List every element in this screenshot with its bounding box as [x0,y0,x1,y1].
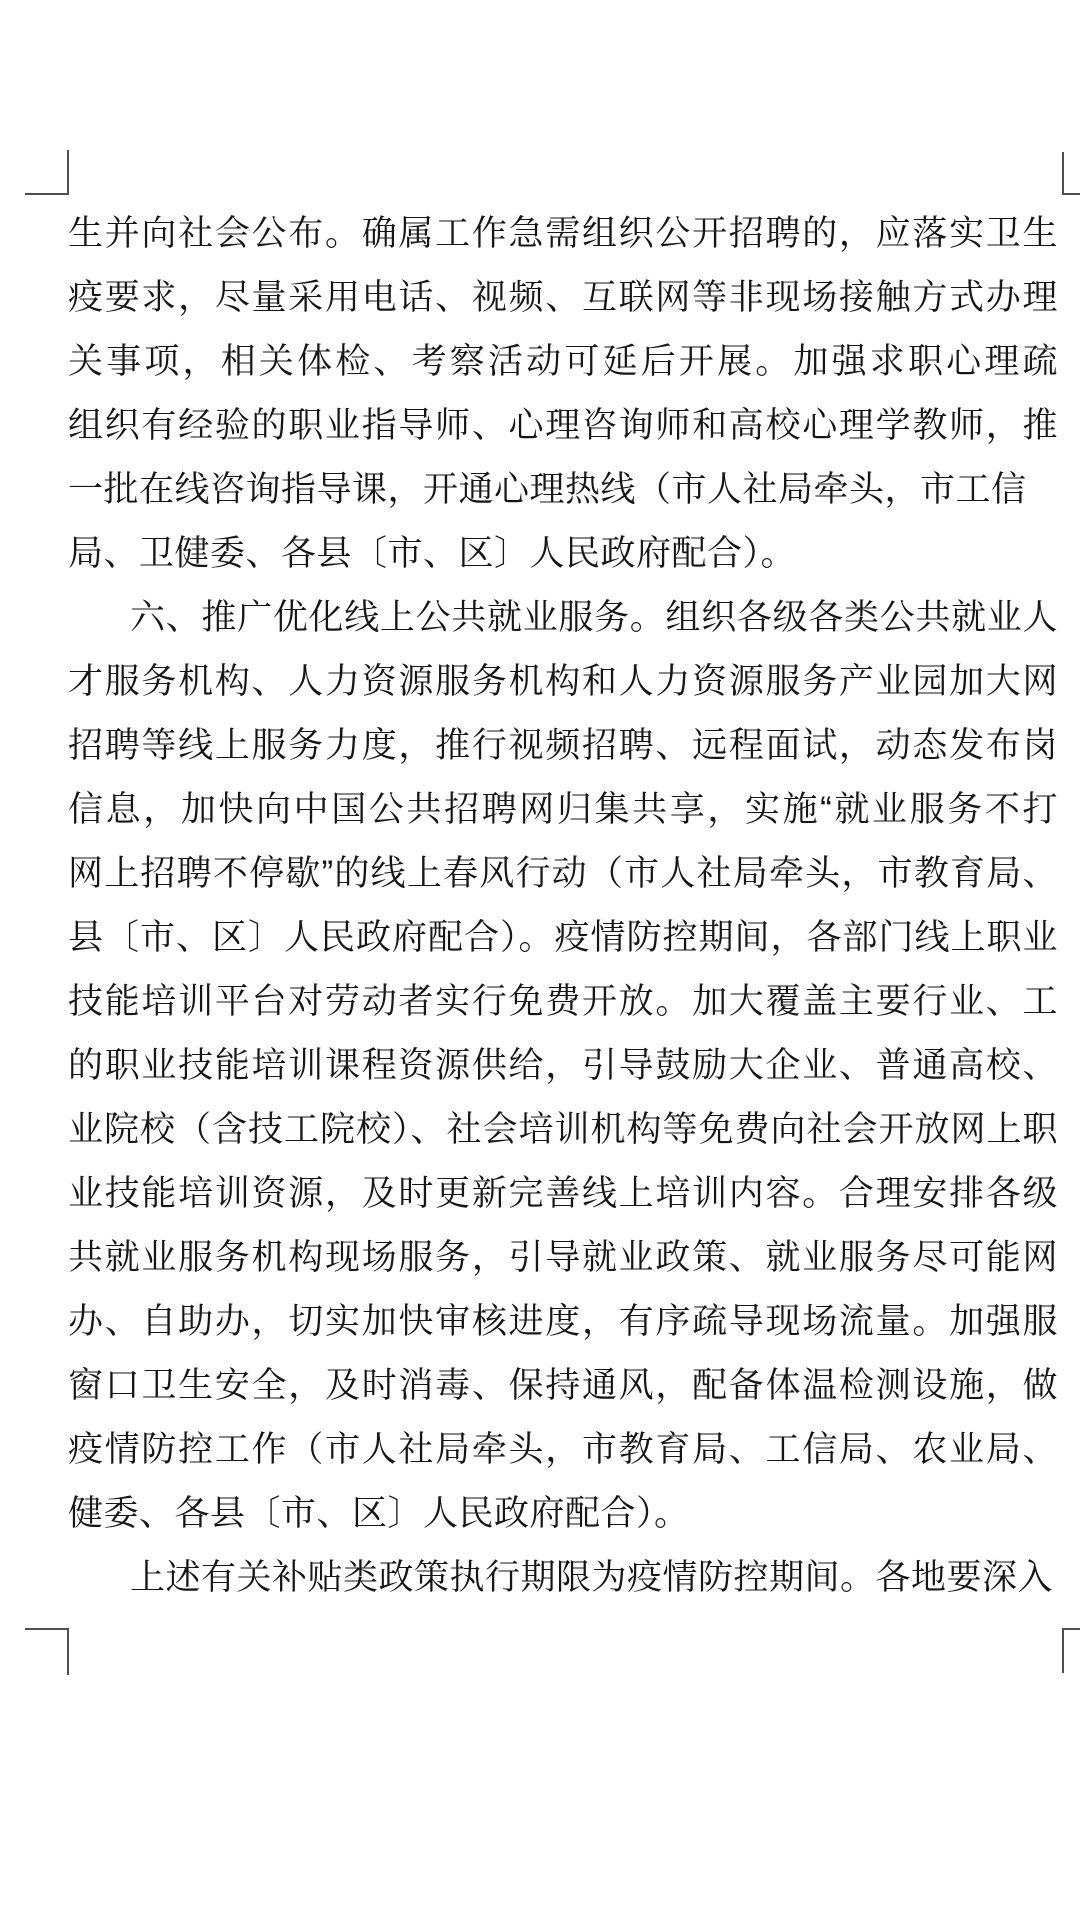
text-line: 关事项，相关体检、考察活动可延后开展。加强求职心理疏导， [68,330,1058,394]
document-page: { "page": { "background_color": "#ffffff… [0,0,1080,1920]
text-line-paragraph-start: 六、推广优化线上公共就业服务。组织各级各类公共就业人 [68,586,1058,650]
text-line: 招聘等线上服务力度，推行视频招聘、远程面试，动态发布岗位 [68,714,1058,778]
text-line: 窗口卫生安全，及时消毒、保持通风，配备体温检测设施，做好 [68,1354,1058,1418]
text-line: 技能培训平台对劳动者实行免费开放。加大覆盖主要行业、工种 [68,970,1058,1034]
text-line: 信息，加快向中国公共招聘网归集共享，实施“就业服务不打祥、 [68,778,1058,842]
crop-mark-bottom-right [1062,1628,1080,1673]
text-line: 才服务机构、人力资源服务机构和人力资源服务产业园加大网络 [68,650,1058,714]
text-line: 组织有经验的职业指导师、心理咨询师和高校心理学教师，推出 [68,394,1058,458]
text-line: 的职业技能培训课程资源供给，引导鼓励大企业、普通高校、职 [68,1034,1058,1098]
text-line: 网上招聘不停歇”的线上春风行动（市人社局牵头，市教育局、各 [68,842,1058,906]
crop-mark-top-right [1062,152,1080,195]
crop-mark-bottom-left [25,1628,69,1675]
text-line: 疫情防控工作（市人社局牵头，市教育局、工信局、农业局、卫 [68,1418,1058,1482]
text-line: 共就业服务机构现场服务，引导就业政策、就业服务尽可能网上 [68,1226,1058,1290]
text-line: 业院校（含技工院校）、社会培训机构等免费向社会开放网上职 [68,1098,1058,1162]
text-line: 一批在线咨询指导课，开通心理热线（市人社局牵头，市工信 [68,458,1058,522]
text-line: 局、卫健委、各县〔市、区〕人民政府配合）。 [68,522,1058,586]
crop-mark-top-left [25,150,69,195]
text-line: 健委、各县〔市、区〕人民政府配合）。 [68,1482,1058,1546]
text-line: 业技能培训资源，及时更新完善线上培训内容。合理安排各级公 [68,1162,1058,1226]
text-line-paragraph-start: 上述有关补贴类政策执行期限为疫情防控期间。各地要深入 [68,1546,1058,1610]
text-line: 办、自助办，切实加快审核进度，有序疏导现场流量。加强服务 [68,1290,1058,1354]
text-line: 县〔市、区〕人民政府配合）。疫情防控期间，各部门线上职业 [68,906,1058,970]
text-line: 疫要求，尽量采用电话、视频、互联网等非现场接触方式办理有 [68,266,1058,330]
document-text-block: 生并向社会公布。确属工作急需组织公开招聘的，应落实卫生防 疫要求，尽量采用电话、… [68,202,1058,1610]
text-line: 生并向社会公布。确属工作急需组织公开招聘的，应落实卫生防 [68,202,1058,266]
